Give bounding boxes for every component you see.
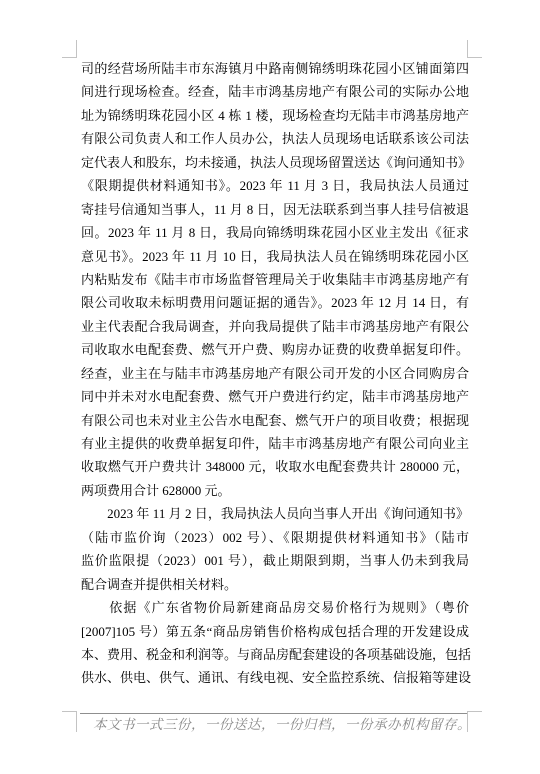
body-line: 业主代表配合我局调查，并向我局提供了陆丰市鸿基房地产有限公: [81, 315, 469, 338]
body-line: 经查，业主在与陆丰市鸿基房地产有限公司开发的小区合同购房合: [81, 362, 469, 385]
body-line: 寄挂号信通知当事人，11 月 8 日，因无法联系到当事人挂号信被退: [81, 198, 469, 221]
body-line: 意见书》。2023 年 11 月 10 日，我局执法人员在锦绣明珠花园小区: [81, 245, 469, 268]
body-line: 司收取水电配套费、燃气开户费、购房办证费的收费单据复印件。: [81, 338, 469, 361]
footer-note: 本文书一式三份，一份送达，一份归档，一份承办机构留存。: [93, 716, 453, 734]
body-line: 有限公司负责人和工作人员办公，执法人员现场电话联系该公司法: [81, 127, 469, 150]
body-line: 有限公司也未对业主公告水电配套、燃气开户的项目收费；根据现: [81, 409, 469, 432]
body-line: 收取燃气开户费共计 348000 元，收取水电配套费共计 280000 元，: [81, 455, 469, 478]
body-line: 有业主提供的收费单据复印件，陆丰市鸿基房地产有限公司向业主: [81, 432, 469, 455]
footer-separator-line: [80, 713, 467, 714]
document-body: 司的经营场所陆丰市东海镇月中路南侧锦绣明珠花园小区铺面第四 间进行现场检查。经查…: [81, 57, 469, 690]
body-line: 同中并未对水电配套费、燃气开户费进行约定，陆丰市鸿基房地产: [81, 385, 469, 408]
margin-crop-mark-top-left: [62, 40, 77, 58]
body-line: 配合调查并提供相关材料。: [81, 573, 469, 596]
body-line: 本、费用、税金和利润等。与商品房配套建设的各项基础设施，包括: [81, 643, 469, 666]
document-page: 司的经营场所陆丰市东海镇月中路南侧锦绣明珠花园小区铺面第四 间进行现场检查。经查…: [0, 0, 540, 774]
body-line: 供水、供电、供气、通讯、有线电视、安全监控系统、信报箱等建设: [81, 666, 469, 689]
body-line: 2023 年 11 月 2 日，我局执法人员向当事人开出《询问通知书》: [81, 502, 469, 525]
body-line: [2007]105 号）第五条“商品房销售价格构成包括合理的开发建设成: [81, 620, 469, 643]
body-line: 《限期提供材料通知书》。2023 年 11 月 3 日，我局执法人员通过: [81, 174, 469, 197]
margin-crop-mark-top-right: [467, 40, 482, 58]
margin-crop-mark-bottom-left: [62, 711, 77, 732]
body-line: 回。2023 年 11 月 8 日，我局向锦绣明珠花园小区业主发出《征求: [81, 221, 469, 244]
body-line: 间进行现场检查。经查，陆丰市鸿基房地产有限公司的实际办公地: [81, 80, 469, 103]
body-line: 定代表人和股东，均未接通，执法人员现场留置送达《询问通知书》: [81, 151, 469, 174]
body-line: （陆市监价询（2023）002 号）、《限期提供材料通知书》（陆市: [81, 526, 469, 549]
body-line: 司的经营场所陆丰市东海镇月中路南侧锦绣明珠花园小区铺面第四: [81, 57, 469, 80]
body-line: 监价监限提（2023）001 号），截止期限到期，当事人仍未到我局: [81, 549, 469, 572]
body-line: 内粘贴发布《陆丰市市场监督管理局关于收集陆丰市鸿基房地产有: [81, 268, 469, 291]
body-line: 两项费用合计 628000 元。: [81, 479, 469, 502]
body-line: 址为锦绣明珠花园小区 4 栋 1 楼，现场检查均无陆丰市鸿基房地产: [81, 104, 469, 127]
body-line: 依据《广东省物价局新建商品房交易价格行为规则》（粤价: [81, 596, 469, 619]
body-line: 限公司收取未标明费用问题证据的通告》。2023 年 12 月 14 日，有: [81, 291, 469, 314]
